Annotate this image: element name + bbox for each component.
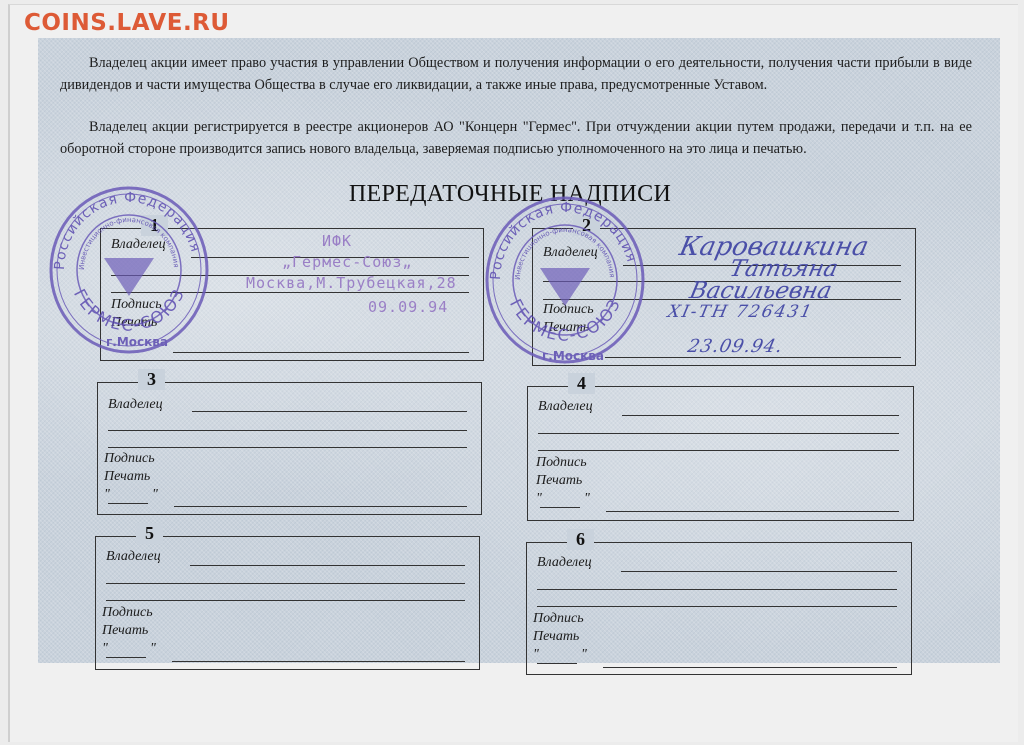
box-number: 3: [138, 369, 165, 390]
seal-city-text: г.Москва: [106, 335, 168, 349]
signature-label: Подпись: [102, 605, 153, 621]
date-line: [606, 511, 899, 512]
day-line: [106, 657, 146, 658]
day-line: [540, 507, 580, 508]
seal-label: Печать: [104, 469, 150, 485]
handwritten-patronymic: Васильевна: [687, 278, 834, 304]
owner-line: [622, 415, 899, 416]
owner-label: Владелец: [106, 549, 161, 565]
seal-emblem-icon: [540, 268, 590, 306]
date-line: [174, 506, 467, 507]
owner-line: [538, 433, 899, 434]
stamp-line-company-name: „Гермес-Союз„: [282, 253, 412, 271]
date-quote-open: ": [104, 487, 110, 503]
date-line: [173, 352, 469, 353]
box-number: 4: [568, 373, 595, 394]
handwritten-date: 23.09.94.: [686, 336, 785, 357]
owner-line: [621, 571, 897, 572]
transfer-box-5: 5 Владелец Подпись Печать " ": [95, 536, 480, 670]
rights-paragraph: Владелец акции имеет право участия в упр…: [60, 53, 972, 96]
owner-label: Владелец: [537, 555, 592, 571]
owner-line: [106, 583, 465, 584]
date-quote-open: ": [102, 641, 108, 657]
seal-label: Печать: [533, 629, 579, 645]
box-number: 6: [567, 529, 594, 550]
date-quote-close: ": [150, 641, 156, 657]
handwritten-passport: XI-ТН 726431: [666, 302, 815, 322]
day-line: [537, 663, 577, 664]
owner-line: [538, 450, 899, 451]
seal-label: Печать: [102, 623, 148, 639]
company-seal-1: Российская Федерация Инвестиционно-финан…: [44, 178, 214, 358]
owner-line: [537, 606, 897, 607]
stamp-date: 09.09.94: [368, 298, 448, 316]
date-quote-close: ": [584, 491, 590, 507]
stamp-line-address: Москва,М.Трубецкая,28: [246, 274, 457, 292]
signature-label: Подпись: [536, 455, 587, 471]
day-line: [108, 503, 148, 504]
date-quote-open: ": [533, 647, 539, 663]
seal-emblem-icon: [104, 258, 154, 296]
registration-paragraph: Владелец акции регистрируется в реестре …: [60, 117, 972, 160]
box-number: 5: [136, 523, 163, 544]
owner-line: [108, 447, 467, 448]
date-line: [172, 661, 465, 662]
transfer-box-3: 3 Владелец Подпись Печать " ": [97, 382, 482, 515]
date-quote-close: ": [152, 487, 158, 503]
owner-line: [190, 565, 465, 566]
transfer-box-4: 4 Владелец Подпись Печать " ": [527, 386, 914, 521]
owner-label: Владелец: [538, 399, 593, 415]
signature-label: Подпись: [533, 611, 584, 627]
company-seal-2: Российская Федерация Инвестиционно-финан…: [480, 188, 650, 368]
date-line: [603, 667, 897, 668]
stamp-line-company-type: ИФК: [322, 232, 352, 250]
owner-line: [537, 589, 897, 590]
seal-city-text: г.Москва: [542, 349, 604, 363]
owner-label: Владелец: [108, 397, 163, 413]
signature-label: Подпись: [104, 451, 155, 467]
site-watermark: COINS.LAVE.RU: [24, 10, 230, 36]
date-quote-close: ": [581, 647, 587, 663]
owner-line: [106, 600, 465, 601]
owner-line: [192, 411, 467, 412]
transfer-box-6: 6 Владелец Подпись Печать " ": [526, 542, 912, 675]
date-quote-open: ": [536, 491, 542, 507]
seal-label: Печать: [536, 473, 582, 489]
owner-line: [108, 430, 467, 431]
